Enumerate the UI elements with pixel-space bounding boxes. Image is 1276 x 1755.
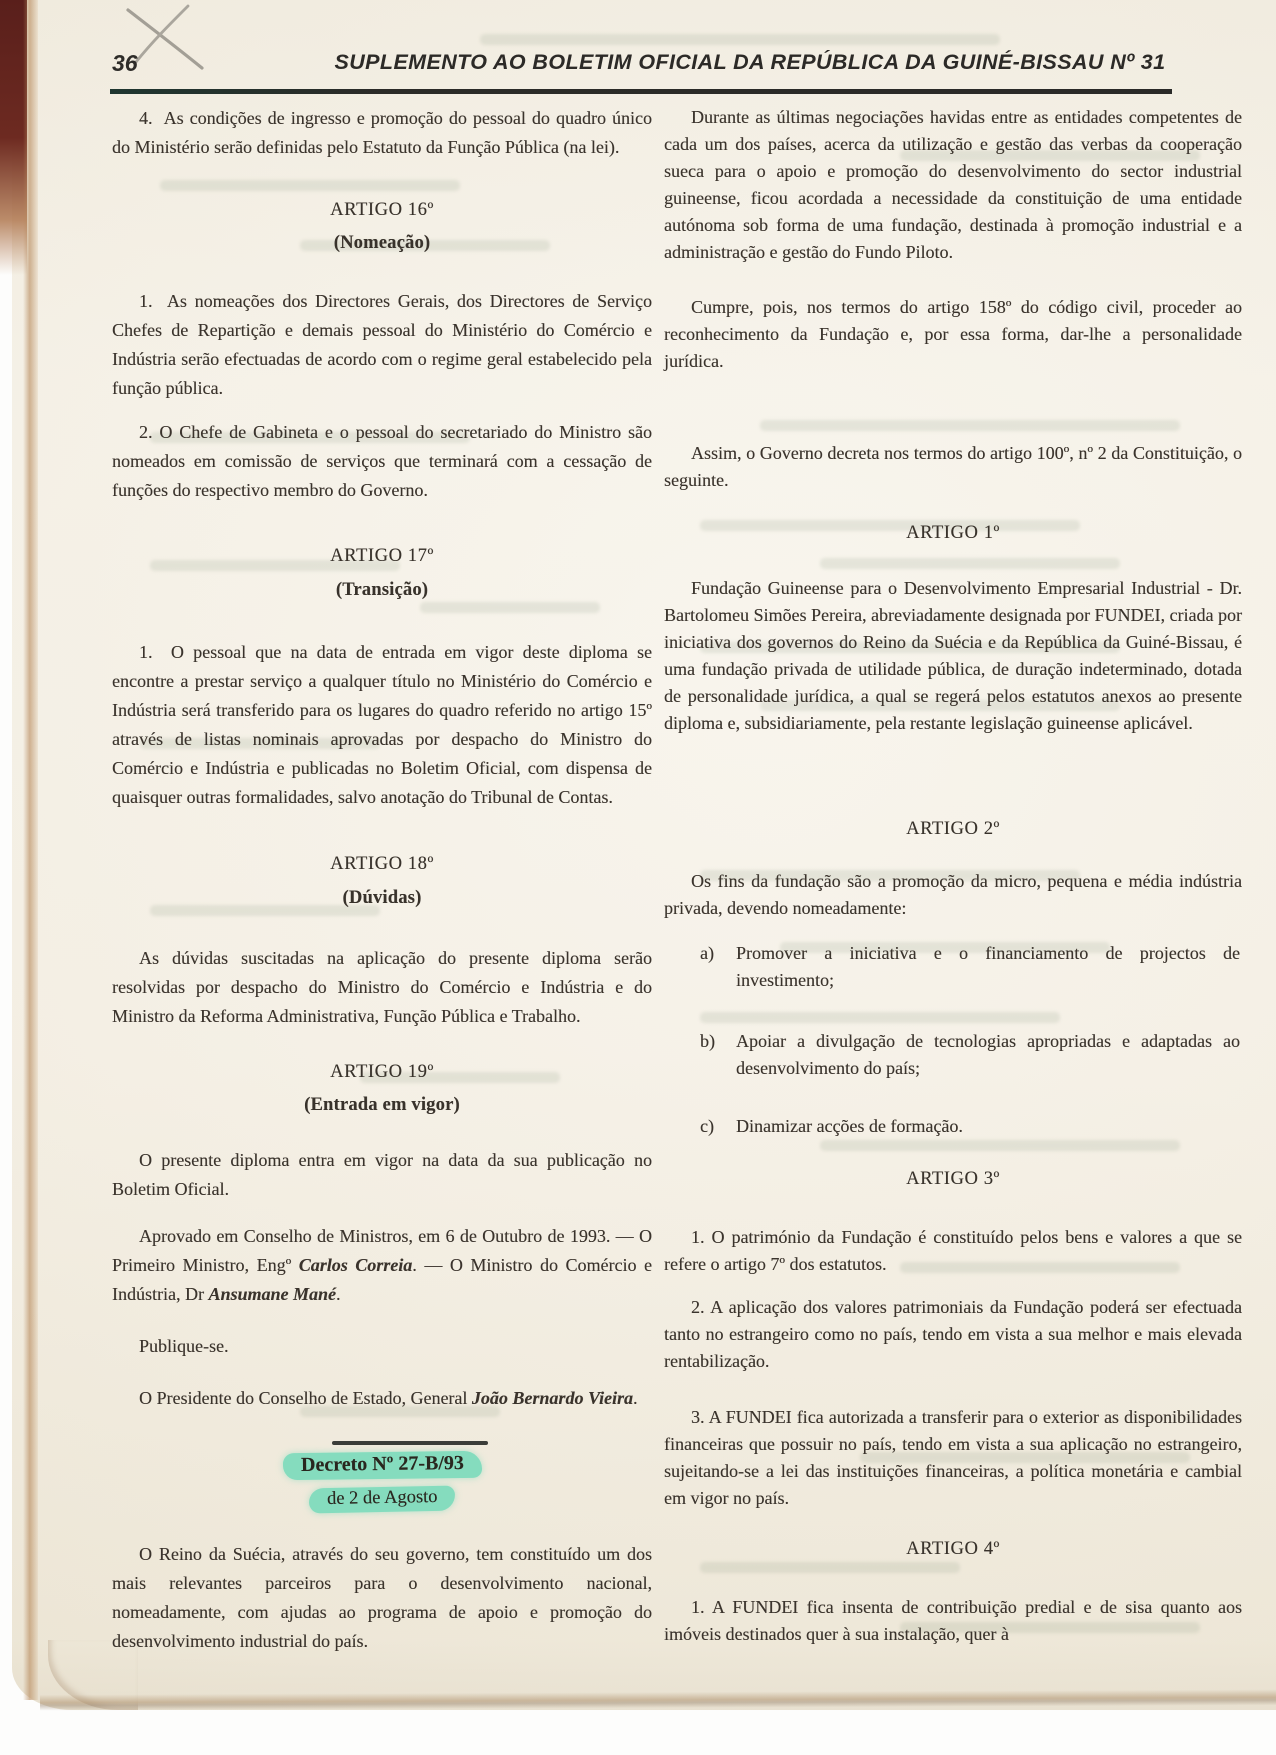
bleed-through-artifact <box>820 558 1120 569</box>
artigo-16-subtitle: (Nomeação) <box>112 229 652 258</box>
bleed-through-artifact <box>820 1140 1180 1151</box>
president-name: João Bernardo Vieira <box>472 1388 633 1408</box>
list-text-b: Apoiar a divulgação de tecnologias aprop… <box>736 1028 1240 1082</box>
list-item-c: c) Dinamizar acções de formação. <box>700 1113 1240 1140</box>
list-marker-b: b) <box>700 1028 736 1082</box>
decree-date: de 2 de Agosto <box>112 1487 652 1512</box>
artigo-18-heading: ARTIGO 18º <box>112 850 652 879</box>
approval-suffix: . <box>336 1284 341 1304</box>
section-divider <box>332 1441 488 1445</box>
paragraph-aplicacao: 2. A aplicação dos valores patrimoniais … <box>664 1294 1242 1375</box>
artigo-4-heading: ARTIGO 4º <box>664 1536 1242 1563</box>
list-text-a: Promover a iniciativa e o financiamento … <box>736 940 1240 994</box>
paragraph-assim: Assim, o Governo decreta nos termos do a… <box>664 440 1242 494</box>
paragraph-transferir: 3. A FUNDEI fica autorizada a transferir… <box>664 1404 1242 1512</box>
paragraph-nomeacoes: 1. As nomeações dos Directores Gerais, d… <box>112 287 652 403</box>
decree-title: Decreto Nº 27-B/93 <box>112 1452 652 1479</box>
paragraph-fins: Os fins da fundação são a promoção da mi… <box>664 868 1242 922</box>
bleed-through-artifact <box>160 180 460 191</box>
prime-minister-name: Carlos Correia <box>299 1255 413 1275</box>
paragraph-fundacao: Fundação Guineense para o Desenvolviment… <box>664 575 1242 737</box>
paragraph-durante: Durante as últimas negociações havidas e… <box>664 104 1242 266</box>
artigo-2-heading: ARTIGO 2º <box>664 816 1242 843</box>
paragraph-insenta: 1. A FUNDEI fica insenta de contribuição… <box>664 1594 1242 1648</box>
scan-binding-edge <box>23 0 38 1700</box>
paragraph-approval: Aprovado em Conselho de Ministros, em 6 … <box>112 1222 652 1309</box>
artigo-19-subtitle: (Entrada em vigor) <box>112 1091 652 1120</box>
artigo-16-heading: ARTIGO 16º <box>112 196 652 225</box>
artigo-3-heading: ARTIGO 3º <box>664 1166 1242 1193</box>
paragraph-reino-suecia: O Reino da Suécia, através do seu govern… <box>112 1540 652 1656</box>
paragraph-patrimonio: 1. O património da Fundação é constituíd… <box>664 1224 1242 1278</box>
minister-name: Ansumane Mané <box>208 1284 336 1304</box>
scanned-bulletin-page: 36 SUPLEMENTO AO BOLETIM OFICIAL DA REPÚ… <box>0 0 1276 1755</box>
list-marker-a: a) <box>700 940 736 994</box>
paragraph-transicao: 1. O pessoal que na data de entrada em v… <box>112 638 652 812</box>
list-text-c: Dinamizar acções de formação. <box>736 1113 1240 1140</box>
header-rule <box>110 89 1172 94</box>
artigo-17-heading: ARTIGO 17º <box>112 542 652 571</box>
paragraph-president: O Presidente do Conselho de Estado, Gene… <box>112 1384 652 1413</box>
list-marker-c: c) <box>700 1113 736 1140</box>
list-item-a: a) Promover a iniciativa e o financiamen… <box>700 940 1240 994</box>
bleed-through-artifact <box>760 420 1180 431</box>
paragraph-duvidas: As dúvidas suscitadas na aplicação do pr… <box>112 944 652 1031</box>
page-title: SUPLEMENTO AO BOLETIM OFICIAL DA REPÚBLI… <box>320 50 1180 75</box>
artigo-17-subtitle: (Transição) <box>112 576 652 605</box>
bleed-through-artifact <box>700 1562 960 1573</box>
paragraph-cumpre: Cumpre, pois, nos termos do artigo 158º … <box>664 294 1242 375</box>
page-number: 36 <box>112 50 138 77</box>
paragraph-chefe-gabinete: 2. O Chefe de Gabineta e o pessoal do se… <box>112 418 652 505</box>
paragraph-clause-4: 4. As condições de ingresso e promoção d… <box>112 104 652 162</box>
president-suffix: . <box>633 1388 638 1408</box>
artigo-1-heading: ARTIGO 1º <box>664 520 1242 547</box>
bleed-through-artifact <box>700 1012 1060 1023</box>
highlighted-decree-date: de 2 de Agosto <box>309 1486 456 1514</box>
paragraph-entrada-vigor: O presente diploma entra em vigor na dat… <box>112 1146 652 1204</box>
president-prefix: O Presidente do Conselho de Estado, Gene… <box>139 1388 472 1408</box>
paragraph-publique-se: Publique-se. <box>112 1332 652 1361</box>
artigo-18-subtitle: (Dúvidas) <box>112 884 652 913</box>
list-item-b: b) Apoiar a divulgação de tecnologias ap… <box>700 1028 1240 1082</box>
bleed-through-artifact <box>480 34 1000 45</box>
artigo-19-heading: ARTIGO 19º <box>112 1058 652 1087</box>
highlighted-decree-number: Decreto Nº 27-B/93 <box>282 1451 481 1480</box>
